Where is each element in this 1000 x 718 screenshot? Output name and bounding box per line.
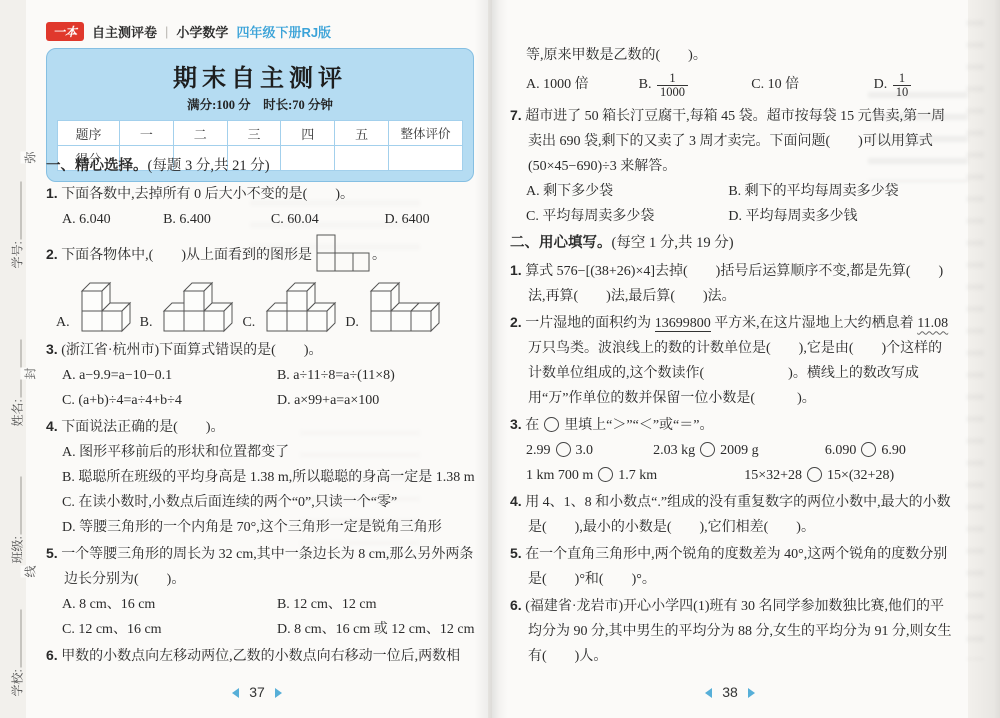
q1-option-a: A. 6.040 [62, 207, 163, 232]
q3-option-b: B. a÷11÷8=a÷(11×8) [277, 363, 476, 388]
subject-title: 小学数学 [176, 22, 228, 41]
cube-figure-a [78, 277, 134, 335]
question-7-text: 超市进了 50 箱长汀豆腐干,每箱 45 袋。超市按每袋 15 元售卖,第一周卖… [525, 109, 945, 174]
score-col-2: 二 [173, 121, 227, 146]
fill-question-1: 1. 算式 576−[(38+26)×4]去掉( )括号后运算顺序不变,都是先算… [510, 258, 952, 309]
question-3: 3. (浙江省·杭州市)下面算式错误的是( )。 [46, 337, 476, 363]
next-page-icon [748, 688, 755, 698]
fill-q6-text: (福建省·龙岩市)开心小学四(1)班有 30 名同学参加数独比赛,他们的平均分为… [525, 599, 951, 664]
page-38-footer: 38 [492, 684, 968, 700]
fill-q2-text-2: 平方米,在这片湿地上大约栖息着 [711, 316, 918, 331]
question-6-cont-text: 等,原来甲数是乙数的( )。 [526, 48, 707, 63]
fraction-numerator: 1 [669, 71, 675, 85]
question-6-continuation: 等,原来甲数是乙数的( )。 [510, 43, 952, 68]
fill-q3-number: 3. [510, 416, 522, 432]
question-7: 7. 超市进了 50 箱长汀豆腐干,每箱 45 袋。超市按每袋 15 元售卖,第… [510, 103, 952, 179]
q4-option-d: D. 等腰三角形的一个内角是 70°,这个三角形一定是锐角三角形 [62, 515, 476, 540]
compare-left: 1 km 700 m [526, 468, 593, 483]
score-col-5: 五 [335, 121, 389, 146]
question-1-options: A. 6.040 B. 6.400 C. 60.04 D. 6400 [46, 207, 476, 232]
school-field: 学校: [9, 597, 26, 697]
prev-page-icon [232, 688, 239, 698]
section1-heading: 一、精心选择。(每题 3 分,共 21 分) [46, 154, 476, 179]
right-page-content: 等,原来甲数是乙数的( )。 A. 1000 倍 B. 11000 C. 10 … [510, 42, 952, 669]
bleed-through-artifact [966, 20, 984, 660]
q4-option-a: A. 图形平移前后的形状和位置都变了 [62, 440, 476, 465]
seal-char-feng: 封 [21, 367, 40, 379]
compare-left: 2.03 kg [653, 443, 695, 458]
q1-option-c: C. 60.04 [271, 207, 385, 232]
page-37-footer: 37 [26, 684, 488, 700]
q1-option-d: D. 6400 [385, 207, 476, 232]
q6-option-c: C. 10 倍 [751, 72, 873, 99]
compare-left: 15×32+28 [744, 468, 802, 483]
question-3-number: 3. [46, 341, 58, 357]
cube-option-a-label: A. [56, 310, 70, 335]
question-3-text: (浙江省·杭州市)下面算式错误的是( )。 [61, 343, 322, 358]
compare-right: 3.0 [576, 443, 594, 458]
question-4-text: 下面说法正确的是( )。 [61, 420, 224, 435]
fill-q6-number: 6. [510, 597, 522, 613]
left-page-content: 一、精心选择。(每题 3 分,共 21 分) 1. 下面各数中,去掉所有 0 后… [46, 152, 476, 669]
page-number-38: 38 [722, 684, 738, 700]
class-blank [12, 476, 22, 534]
question-1-text: 下面各数中,去掉所有 0 后大小不变的是( )。 [61, 187, 354, 202]
test-title: 期末自主测评 [57, 58, 463, 93]
score-table-header-row: 题序 一 二 三 四 五 整体评价 [58, 121, 463, 146]
fill-q3-text-2: 里填上“＞”“＜”或“＝”。 [564, 418, 713, 433]
section1-heading-paren: (每题 3 分,共 21 分) [148, 158, 270, 174]
q1-option-b: B. 6.400 [163, 207, 271, 232]
compare-item-4: 1 km 700 m1.7 km [526, 463, 744, 488]
score-col-1: 一 [120, 121, 174, 146]
page-number-37: 37 [249, 684, 265, 700]
question-7-number: 7. [510, 107, 522, 123]
seal-char-mi: 弥 [21, 151, 40, 163]
question-5-text: 一个等腰三角形的周长为 32 cm,其中一条边长为 8 cm,那么另外两条边长分… [61, 547, 473, 587]
fill-q4-text: 用 4、1、8 和小数点“.”组成的没有重复数字的两位小数中,最大的小数是( )… [525, 495, 950, 535]
fill-q1-number: 1. [510, 262, 522, 278]
question-2: 2. 下面各物体中,( )从上面看到的图形是 。 [46, 233, 476, 273]
compare-circle-icon [807, 467, 822, 482]
q6-option-b-label: B. [639, 77, 652, 92]
question-6: 6. 甲数的小数点向左移动两位,乙数的小数点向右移动一位后,两数相 [46, 643, 476, 669]
q5-option-c: C. 12 cm、16 cm [62, 617, 277, 642]
compare-circle-icon [544, 417, 559, 432]
workbook-spread: { "colors": { "accent_red": "#e0382c", "… [0, 0, 1000, 718]
section1-heading-main: 一、精心选择。 [46, 158, 148, 174]
fill-question-4: 4. 用 4、1、8 和小数点“.”组成的没有重复数字的两位小数中,最大的小数是… [510, 489, 952, 540]
brand-logo: 一本 [46, 22, 84, 41]
compare-right: 2009 g [720, 443, 759, 458]
header-divider: | [165, 24, 168, 39]
fill-q5-text: 在一个直角三角形中,两个锐角的度数差为 40°,这两个锐角的度数分别是( )°和… [525, 547, 947, 587]
q6-option-d: D. 110 [874, 72, 952, 99]
question-2-suffix: 。 [372, 248, 386, 263]
next-page-icon [275, 688, 282, 698]
class-label: 班级: [11, 536, 25, 563]
compare-right: 15×(32+28) [827, 468, 894, 483]
q4-option-c: C. 在读小数时,小数点后面连续的两个“0”,只读一个“零” [62, 490, 476, 515]
score-col-3: 三 [227, 121, 281, 146]
cube-figure-c [263, 277, 339, 335]
question-6-options: A. 1000 倍 B. 11000 C. 10 倍 D. 110 [510, 72, 952, 99]
q3-option-d: D. a×99+a=a×100 [277, 388, 476, 413]
fill-question-6: 6. (福建省·龙岩市)开心小学四(1)班有 30 名同学参加数独比赛,他们的平… [510, 593, 952, 669]
q6-option-a: A. 1000 倍 [526, 72, 639, 99]
score-col-label: 题序 [58, 121, 120, 146]
q7-option-a: A. 剩下多少袋 [526, 179, 728, 204]
section2-heading-paren: (每空 1 分,共 19 分) [612, 235, 734, 251]
question-2-number: 2. [46, 246, 58, 262]
test-subtitle: 满分:100 分 时长:70 分钟 [57, 95, 463, 113]
cube-figure-b [160, 277, 236, 335]
question-2-cube-options: A. B. C. [46, 277, 476, 335]
compare-circle-icon [556, 442, 571, 457]
question-1-number: 1. [46, 185, 58, 201]
question-4: 4. 下面说法正确的是( )。 [46, 414, 476, 440]
fill-q2-number: 2. [510, 314, 522, 330]
fill-q2-text-1: 一片湿地的面积约为 [525, 316, 655, 331]
underlined-number: 13699800 [655, 316, 711, 332]
edition-title: 四年级下册RJ版 [236, 22, 331, 41]
question-4-number: 4. [46, 418, 58, 434]
question-6-number: 6. [46, 647, 58, 663]
compare-right: 1.7 km [618, 468, 657, 483]
compare-left: 2.99 [526, 443, 551, 458]
q4-option-b: B. 聪聪所在班级的平均身高是 1.38 m,所以聪聪的身高一定是 1.38 m [62, 465, 476, 490]
question-5-number: 5. [46, 545, 58, 561]
book-header: 一本 自主测评卷 | 小学数学 四年级下册RJ版 [46, 22, 331, 41]
seal-char-xian: 线 [21, 565, 40, 577]
compare-circle-icon [861, 442, 876, 457]
compare-left: 6.090 [825, 443, 857, 458]
series-title: 自主测评卷 [92, 22, 157, 41]
compare-item-3: 6.0906.90 [825, 438, 952, 463]
compare-item-2: 2.03 kg2009 g [653, 438, 825, 463]
q5-option-d: D. 8 cm、16 cm 或 12 cm、12 cm [277, 617, 476, 642]
question-2-text: 下面各物体中,( )从上面看到的图形是 [61, 248, 312, 263]
score-col-4: 四 [281, 121, 335, 146]
wavy-underlined-number: 11.08 [917, 316, 948, 331]
page-edge-shadow [968, 0, 1000, 718]
fraction-denominator: 10 [893, 85, 912, 99]
fill-q3-row-1: 2.993.0 2.03 kg2009 g 6.0906.90 [510, 438, 952, 463]
q6-option-d-fraction: 110 [891, 72, 914, 99]
q7-option-d: D. 平均每周卖多少钱 [728, 204, 952, 229]
question-7-options: A. 剩下多少袋 B. 剩下的平均每周卖多少袋 C. 平均每周卖多少袋 D. 平… [510, 179, 952, 229]
q3-option-c: C. (a+b)÷4=a÷4+b÷4 [62, 388, 277, 413]
q6-option-b: B. 11000 [639, 72, 752, 99]
q7-option-b: B. 剩下的平均每周卖多少袋 [728, 179, 952, 204]
question-5-options: A. 8 cm、16 cm B. 12 cm、12 cm C. 12 cm、16… [46, 592, 476, 642]
section2-heading-main: 二、用心填写。 [510, 235, 612, 251]
q6-option-b-fraction: 11000 [655, 72, 690, 99]
compare-item-1: 2.993.0 [526, 438, 653, 463]
section2-heading: 二、用心填写。(每空 1 分,共 19 分) [510, 231, 952, 256]
fill-q2-text-3: 万只鸟类。波浪线上的数的计数单位是( ),它是由( )个这样的计数单位组成的,这… [528, 341, 942, 406]
compare-circle-icon [598, 467, 613, 482]
fill-q5-number: 5. [510, 545, 522, 561]
fill-q3-row-2: 1 km 700 m1.7 km 15×32+2815×(32+28) [510, 463, 952, 488]
prev-page-icon [705, 688, 712, 698]
q7-option-c: C. 平均每周卖多少袋 [526, 204, 728, 229]
question-4-options: A. 图形平移前后的形状和位置都变了 B. 聪聪所在班级的平均身高是 1.38 … [46, 440, 476, 540]
cube-figure-d [367, 277, 443, 335]
name-label: 姓名: [11, 399, 25, 426]
compare-right: 6.90 [881, 443, 906, 458]
q3-option-a: A. a−9.9=a−10−0.1 [62, 363, 277, 388]
page-37: 一本 自主测评卷 | 小学数学 四年级下册RJ版 期末自主测评 满分:100 分… [26, 0, 488, 718]
school-blank [12, 609, 22, 667]
fill-q4-number: 4. [510, 493, 522, 509]
fraction-numerator: 1 [899, 71, 905, 85]
student-no-field: 学号: [9, 169, 26, 269]
fill-question-5: 5. 在一个直角三角形中,两个锐角的度数差为 40°,这两个锐角的度数分别是( … [510, 541, 952, 592]
question-1: 1. 下面各数中,去掉所有 0 后大小不变的是( )。 [46, 181, 476, 207]
school-label: 学校: [11, 669, 25, 696]
score-col-overall: 整体评价 [389, 121, 463, 146]
fill-question-3: 3. 在里填上“＞”“＜”或“＝”。 [510, 412, 952, 438]
cube-option-d-label: D. [345, 310, 359, 335]
fill-q1-text: 算式 576−[(38+26)×4]去掉( )括号后运算顺序不变,都是先算( )… [525, 264, 943, 304]
question-5: 5. 一个等腰三角形的周长为 32 cm,其中一条边长为 8 cm,那么另外两条… [46, 541, 476, 592]
compare-circle-icon [700, 442, 715, 457]
fraction-denominator: 1000 [657, 85, 688, 99]
top-view-figure [314, 233, 372, 273]
q6-option-d-label: D. [874, 77, 888, 92]
student-no-blank [12, 181, 22, 239]
page-38: 等,原来甲数是乙数的( )。 A. 1000 倍 B. 11000 C. 10 … [492, 0, 968, 718]
class-field: 班级: [9, 464, 26, 564]
q5-option-b: B. 12 cm、12 cm [277, 592, 476, 617]
question-3-options: A. a−9.9=a−10−0.1 B. a÷11÷8=a÷(11×8) C. … [46, 363, 476, 413]
student-no-label: 学号: [11, 241, 25, 268]
question-6-text: 甲数的小数点向左移动两位,乙数的小数点向右移动一位后,两数相 [61, 649, 460, 664]
cube-option-b-label: B. [140, 310, 153, 335]
cube-option-c-label: C. [242, 310, 255, 335]
compare-item-5: 15×32+2815×(32+28) [744, 463, 952, 488]
fill-question-2: 2. 一片湿地的面积约为 13699800 平方米,在这片湿地上大约栖息着 11… [510, 310, 952, 411]
q5-option-a: A. 8 cm、16 cm [62, 592, 277, 617]
fill-q3-text-1: 在 [525, 418, 539, 433]
